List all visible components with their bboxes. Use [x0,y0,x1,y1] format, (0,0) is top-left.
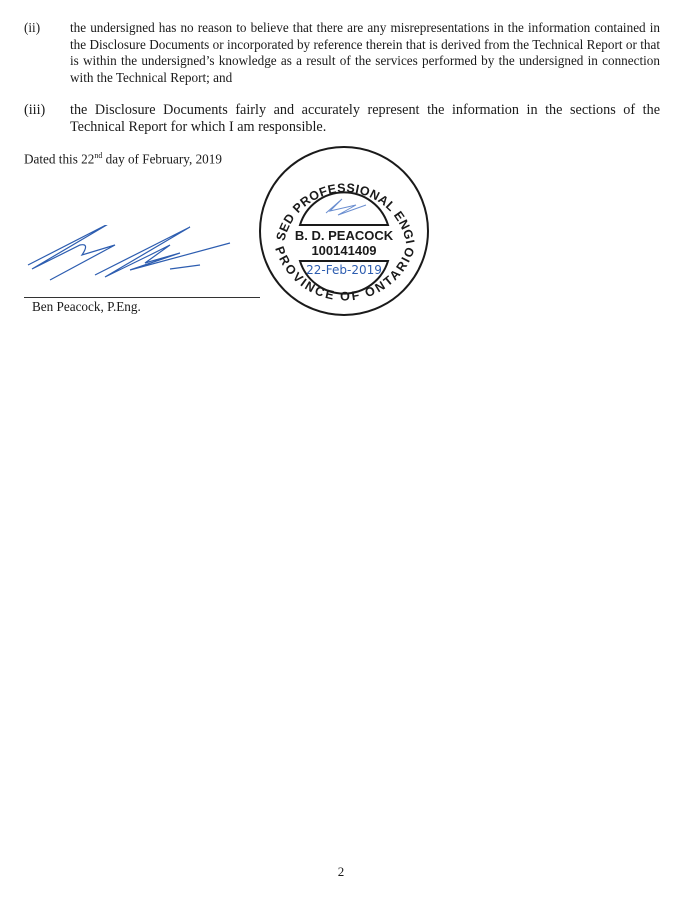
clause-ii-numeral: (ii) [24,20,40,37]
signature-line [24,297,260,298]
clause-ii-text: the undersigned has no reason to believe… [70,20,660,86]
signature-image [20,225,250,285]
seal-name: B. D. PEACOCK [295,228,394,243]
signer-name: Ben Peacock, P.Eng. [32,299,141,315]
dated-line: Dated this 22nd day of February, 2019 [24,151,222,167]
clause-iii-text: the Disclosure Documents fairly and accu… [70,102,660,136]
seal-number: 100141409 [311,243,376,258]
engineer-seal: LICENSED PROFESSIONAL ENGINEER PROVINCE … [256,143,432,319]
clause-iii-numeral: (iii) [24,102,45,119]
seal-date: 22-Feb-2019 [306,263,382,277]
clause-iii: (iii) the Disclosure Documents fairly an… [24,102,660,136]
page-number: 2 [0,864,682,880]
clause-ii: (ii) the undersigned has no reason to be… [24,20,660,86]
